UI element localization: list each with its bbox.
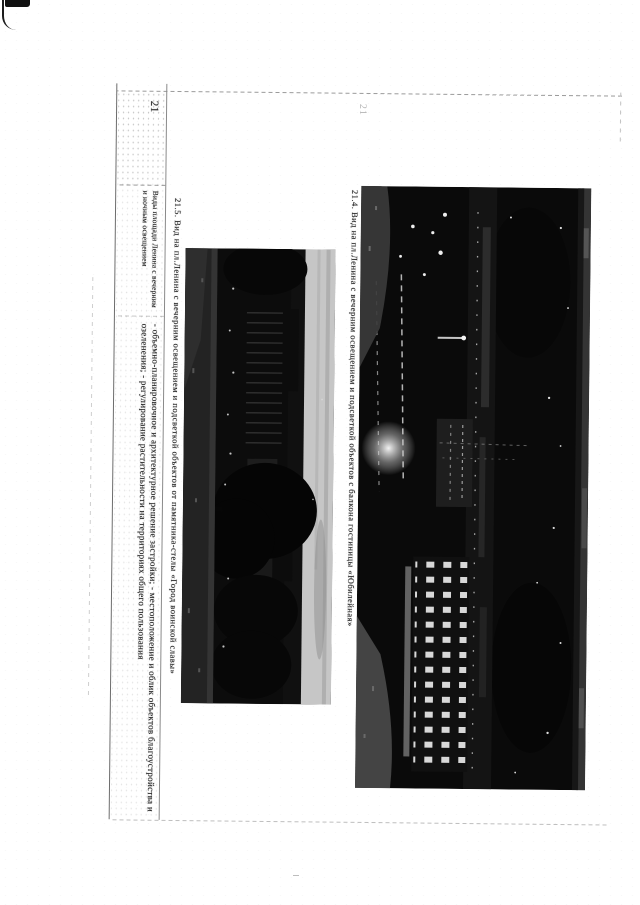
night-square-photo [355,186,591,790]
table-top-border-fragment [620,93,622,145]
faint-page-number: 21 [357,104,368,116]
ghost-line-below-table [88,277,93,697]
rotated-document-content: 21 21 Виды площади Ленина с вечерним и н… [0,0,640,905]
night-photo-graphic [355,186,591,790]
evening-square-photo [181,248,336,705]
figure-caption-21-5: 21.5. Вид на пл.Ленина с вечерним освеще… [168,198,183,674]
evening-photo-graphic [181,248,336,705]
table-row-label: Виды площади Ленина с вечерним и ночным … [139,191,160,309]
table-row-number: 21 [148,101,160,113]
table-left-border [117,90,622,96]
scanned-page: 21 21 Виды площади Ленина с вечерним и н… [0,0,640,905]
table-right-border [110,819,607,825]
